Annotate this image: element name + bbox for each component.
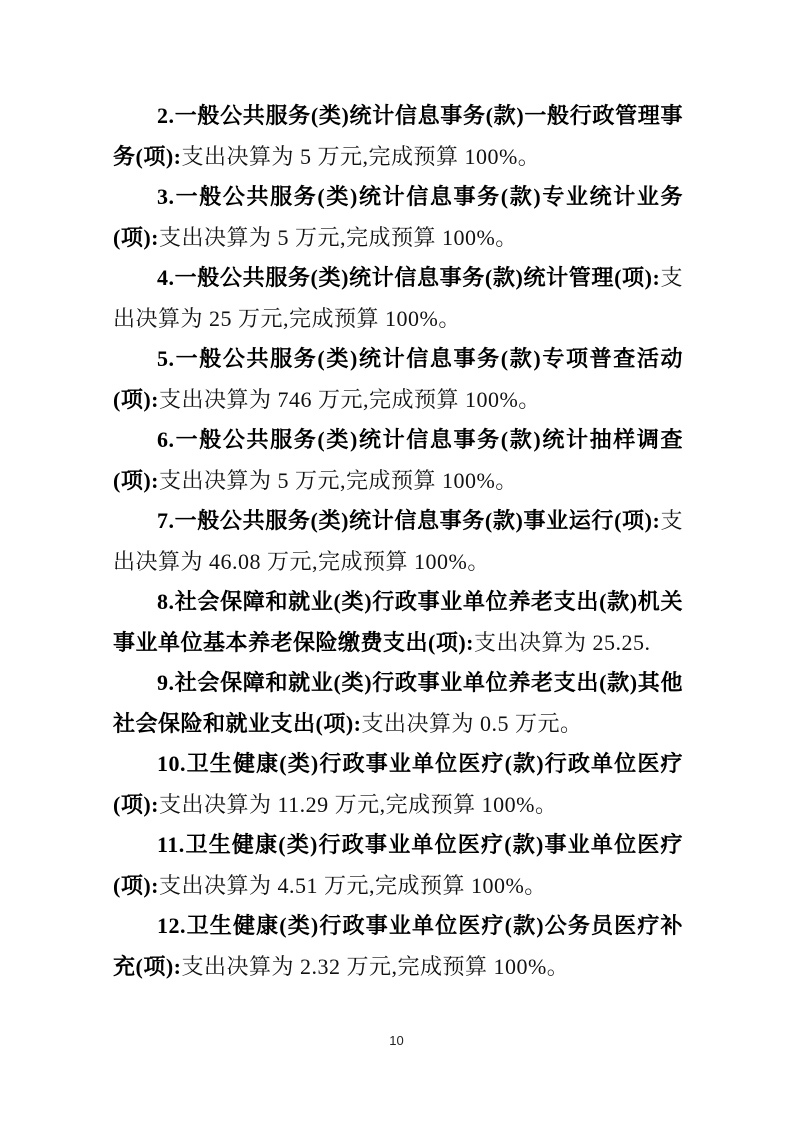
paragraph-body: 支出决算为 11.29 万元,完成预算 100%。 (159, 792, 558, 817)
paragraph: 9.社会保障和就业(类)行政事业单位养老支出(款)其他社会保险和就业支出(项):… (113, 663, 683, 744)
paragraph: 6.一般公共服务(类)统计信息事务(款)统计抽样调查(项):支出决算为 5 万元… (113, 420, 683, 501)
paragraph: 2.一般公共服务(类)统计信息事务(款)一般行政管理事务(项):支出决算为 5 … (113, 96, 683, 177)
paragraph: 8.社会保障和就业(类)行政事业单位养老支出(款)机关事业单位基本养老保险缴费支… (113, 582, 683, 663)
paragraph: 4.一般公共服务(类)统计信息事务(款)统计管理(项):支出决算为 25 万元,… (113, 258, 683, 339)
document-content: 2.一般公共服务(类)统计信息事务(款)一般行政管理事务(项):支出决算为 5 … (113, 96, 683, 987)
paragraph-body: 支出决算为 5 万元,完成预算 100%。 (159, 468, 518, 493)
paragraph-body: 支出决算为 0.5 万元。 (361, 711, 582, 736)
paragraph: 3.一般公共服务(类)统计信息事务(款)专业统计业务(项):支出决算为 5 万元… (113, 177, 683, 258)
paragraph-heading: 7.一般公共服务(类)统计信息事务(款)事业运行(项): (157, 508, 660, 533)
paragraph: 10.卫生健康(类)行政事业单位医疗(款)行政单位医疗(项):支出决算为 11.… (113, 744, 683, 825)
paragraph-body: 支出决算为 25.25. (474, 630, 651, 655)
paragraph: 12.卫生健康(类)行政事业单位医疗(款)公务员医疗补充(项):支出决算为 2.… (113, 906, 683, 987)
paragraph-body: 支出决算为 5 万元,完成预算 100%。 (181, 144, 540, 169)
paragraph: 5.一般公共服务(类)统计信息事务(款)专项普查活动(项):支出决算为 746 … (113, 339, 683, 420)
paragraph-body: 支出决算为 746 万元,完成预算 100%。 (159, 387, 541, 412)
paragraph: 7.一般公共服务(类)统计信息事务(款)事业运行(项):支出决算为 46.08 … (113, 501, 683, 582)
paragraph-heading: 4.一般公共服务(类)统计信息事务(款)统计管理(项): (157, 265, 660, 290)
document-page: 2.一般公共服务(类)统计信息事务(款)一般行政管理事务(项):支出决算为 5 … (0, 0, 793, 1122)
page-number: 10 (0, 1033, 793, 1048)
paragraph-body: 支出决算为 5 万元,完成预算 100%。 (159, 225, 518, 250)
paragraph-body: 支出决算为 4.51 万元,完成预算 100%。 (159, 873, 547, 898)
paragraph-body: 支出决算为 2.32 万元,完成预算 100%。 (181, 954, 569, 979)
paragraph: 11.卫生健康(类)行政事业单位医疗(款)事业单位医疗(项):支出决算为 4.5… (113, 825, 683, 906)
